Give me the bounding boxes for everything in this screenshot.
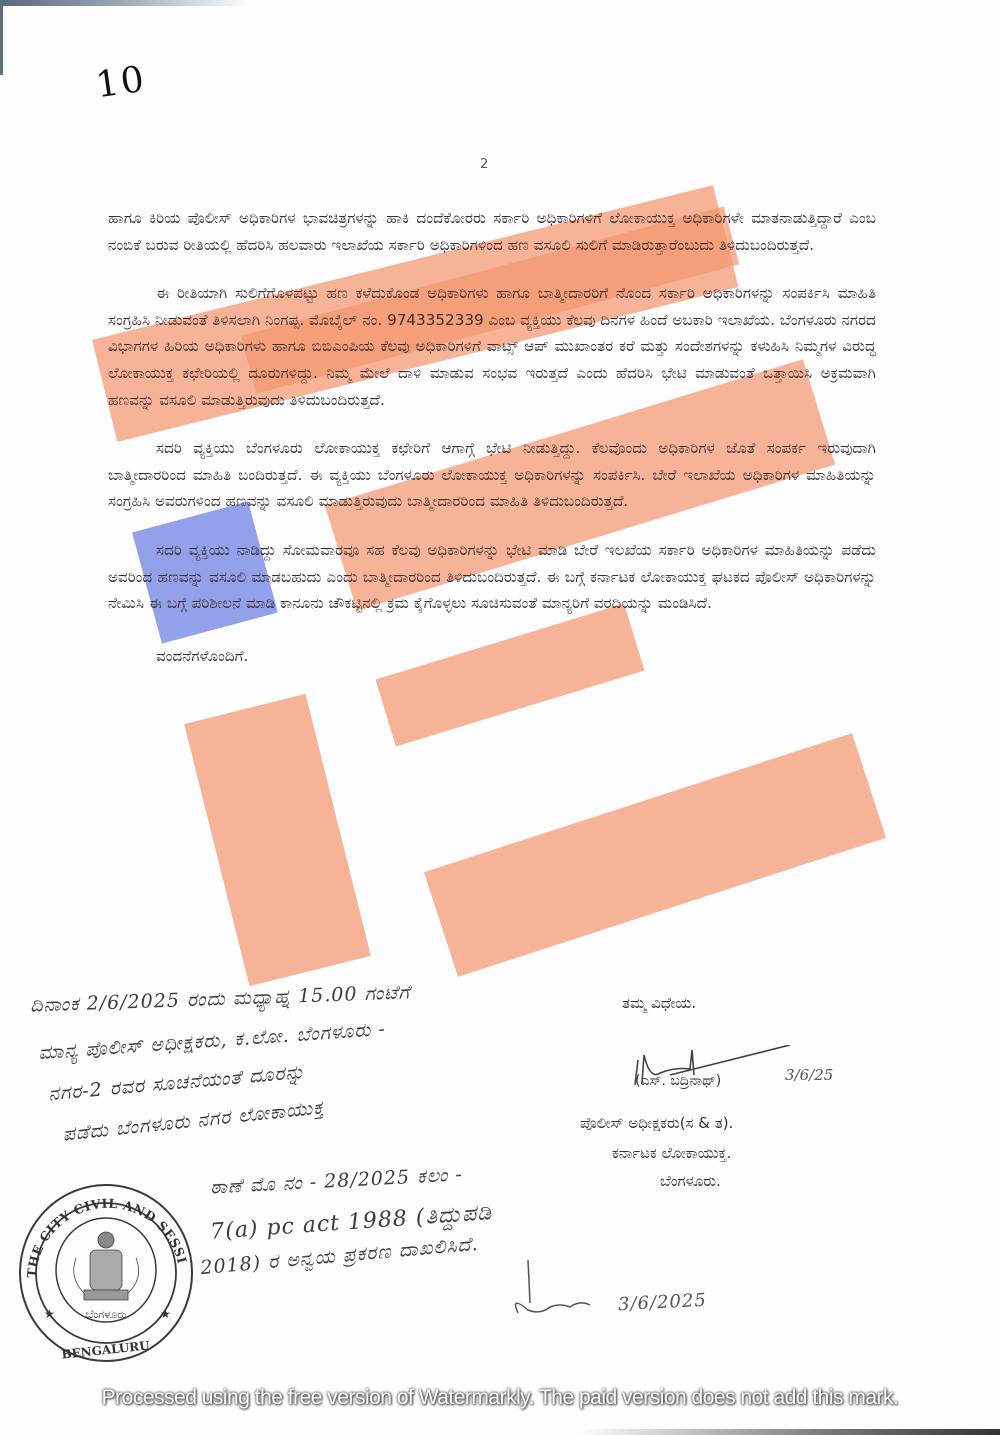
highlight-vertical-bar: [184, 694, 371, 986]
court-seal: THE CITY CIVIL AND SESSIONS JUDGE ಬೆಂಗಳೂ…: [14, 1168, 199, 1363]
svg-text:BENGALURU: BENGALURU: [61, 1338, 151, 1361]
svg-text:ಬೆಂಗಳೂರು: ಬೆಂಗಳೂರು: [85, 1308, 127, 1321]
organization: ಕರ್ನಾಟಕ ಲೋಕಾಯುಕ್ತ.: [612, 1140, 731, 1167]
paragraph-2: ಈ ರೀತಿಯಾಗಿ ಸುಲಿಗೆಗೊಳಪಟ್ಟು ಹಣ ಕಳೆದುಕೊಂಡ ಅ…: [108, 280, 876, 413]
endorsement-line-4: ಪಡೆದು ಬೆಂಗಳೂರು ನಗರ ಲೋಕಾಯುಕ್ತ: [62, 1096, 326, 1145]
endorsement-line-5: ಠಾಣೆ ಮೊ ನಂ - 28/2025 ಕಲಂ -: [210, 1163, 464, 1198]
endorsement-line-3: ನಗರ-2 ರವರ ಸೂಚನೆಯಂತೆ ದೂರನ್ನು: [48, 1061, 307, 1105]
signatory-name: (ಎಸ್. ಬದ್ರಿನಾಥ್): [635, 1068, 721, 1095]
endorsement-line-2: ಮಾನ್ಯ ಪೊಲೀಸ್ ಅಧೀಕ್ಷಕರು, ಕ.ಲೋ. ಬೆಂಗಳೂರು -: [38, 1018, 387, 1064]
salutation: ತಮ್ಮ ವಿಧೇಯ.: [622, 990, 696, 1017]
svg-text:★: ★: [44, 1307, 55, 1321]
court-seal-emblem-icon: THE CITY CIVIL AND SESSIONS JUDGE ಬೆಂಗಳೂ…: [14, 1168, 199, 1363]
svg-text:★: ★: [160, 1307, 171, 1321]
paragraph-3: ಸದರಿ ವ್ಯಕ್ತಿಯು ಬೆಂಗಳೂರು ಲೋಕಾಯುಕ್ತ ಕಛೇರಿಗ…: [108, 435, 876, 515]
scan-left-edge: [0, 0, 3, 75]
endorsement-line-1: ದಿನಾಂಕ 2/6/2025 ರಂದು ಮಧ್ಯಾಹ್ನ 15.00 ಗಂಟೆ…: [30, 981, 411, 1016]
closing-greeting: ವಂದನೆಗಳೊಂದಿಗೆ.: [108, 643, 876, 670]
highlight-band-4: [424, 733, 886, 977]
page-number: 2: [480, 157, 488, 172]
paragraph-4: ಸದರಿ ವ್ಯಕ್ತಿಯು ನಾಡಿದ್ದು ಸೋಮವಾರವೂ ಸಹ ಕೆಲವ…: [108, 537, 876, 617]
designation: ಪೊಲೀಸ್ ಅಧೀಕ್ಷಕರು(ಸ & ತ).: [580, 1110, 733, 1137]
city: ಬೆಂಗಳೂರು.: [660, 1168, 721, 1195]
scan-top-edge: [0, 0, 1000, 6]
scan-bottom-edge: [580, 1429, 1000, 1435]
letter-body: ಹಾಗೂ ಕಿರಿಯ ಪೊಲೀಸ್ ಅಧಿಕಾರಿಗಳ ಭಾವಚಿತ್ರಗಳನ್…: [108, 205, 876, 685]
watermark-text: Processed using the free version of Wate…: [0, 1386, 1000, 1410]
signatory-date: 3/6/25: [785, 1062, 833, 1089]
paragraph-1: ಹಾಗೂ ಕಿರಿಯ ಪೊಲೀಸ್ ಅಧಿಕಾರಿಗಳ ಭಾವಚಿತ್ರಗಳನ್…: [108, 205, 876, 258]
handwritten-page-number: 10: [93, 59, 148, 107]
